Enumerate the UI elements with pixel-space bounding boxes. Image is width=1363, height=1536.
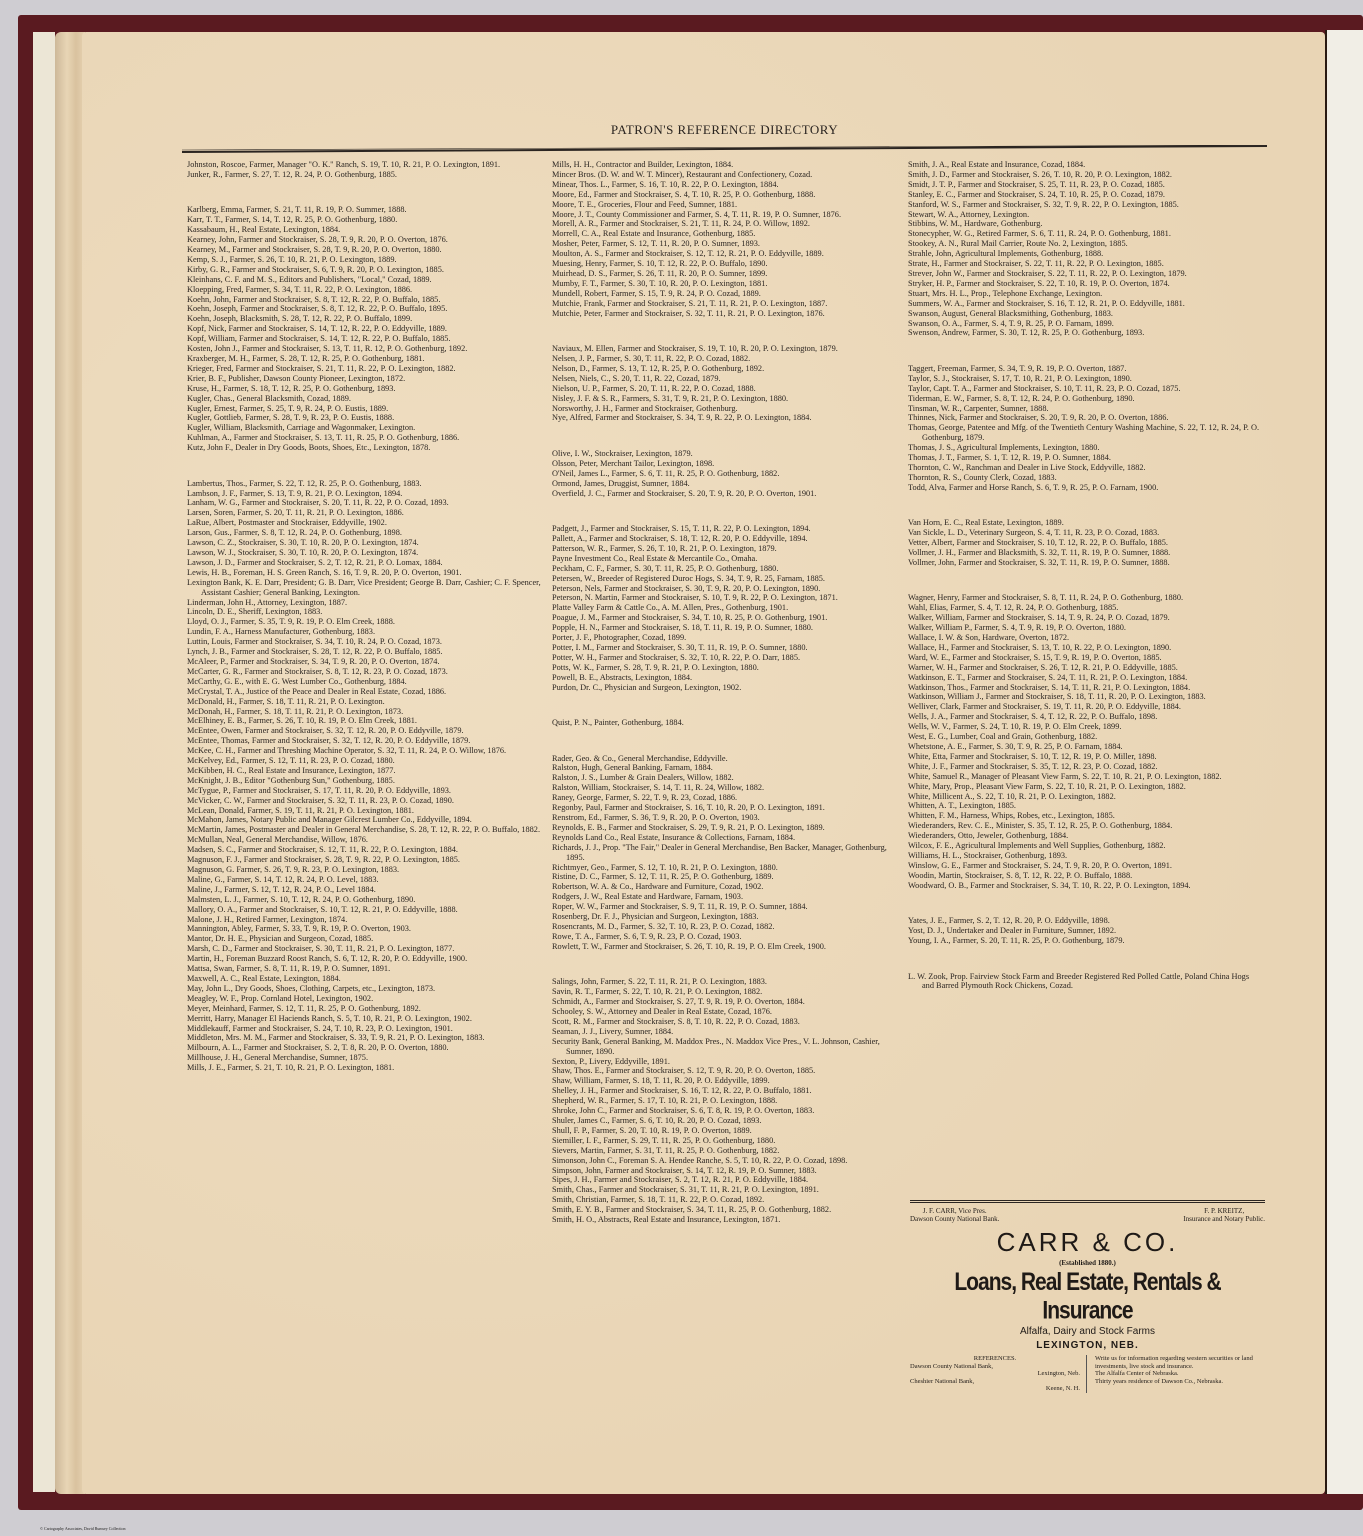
directory-entry: White, Millicent A., S. 22, T. 10, R. 21… (908, 792, 1263, 802)
directory-entry: Kearney, M., Farmer and Stockraiser, S. … (187, 245, 542, 255)
directory-entry: Lynch, J. B., Farmer and Stockraiser, S.… (187, 647, 542, 657)
references-heading: REFERENCES. (910, 1355, 1080, 1363)
directory-entry: Platte Valley Farm & Cattle Co., A. M. A… (552, 603, 907, 613)
directory-entry: Welliver, Clark, Farmer and Stockraiser,… (908, 702, 1263, 712)
directory-entry: Kugler, Ernest, Farmer, S. 25, T. 9, R. … (187, 404, 542, 414)
ad-references: REFERENCES. Dawson County National Bank,… (910, 1355, 1265, 1393)
directory-entry: McCarthy, G. E., with E. G. West Lumber … (187, 677, 542, 687)
directory-entry: Mannington, Abley, Farmer, S. 33, T. 9, … (187, 924, 542, 934)
directory-entry: Poague, J. M., Farmer and Stockraiser, S… (552, 613, 907, 623)
directory-entry: Stryker, H. P., Farmer and Stockraiser, … (908, 279, 1263, 289)
ad-farms: Alfalfa, Dairy and Stock Farms (910, 1326, 1265, 1337)
directory-entry: Maline, G., Farmer, S. 14, T. 12, R. 24,… (187, 875, 542, 885)
directory-entry: Overfield, J. C., Farmer and Stockraiser… (552, 489, 907, 499)
directory-entry: Olsson, Peter, Merchant Tailor, Lexingto… (552, 459, 907, 469)
directory-entry: Larsen, Soren, Farmer, S. 20, T. 11, R. … (187, 508, 542, 518)
directory-entry: Mutchie, Frank, Farmer and Stockraiser, … (552, 299, 907, 309)
directory-entry: Magnuson, G. Farmer, S. 26, T. 9, R. 23,… (187, 865, 542, 875)
directory-entry: Watkinson, E. T., Farmer and Stockraiser… (908, 673, 1263, 683)
directory-entry: Sexton, P., Livery, Eddyville, 1891. (552, 1057, 907, 1067)
directory-entry: Moore, Ed., Farmer and Stockraiser, S. 4… (552, 190, 907, 200)
directory-entry: Sipes, J. H., Farmer and Stockraiser, S.… (552, 1175, 907, 1185)
officer-left-name: J. F. CARR, Vice Pres. (910, 1207, 999, 1215)
directory-entry: Shuler, James C., Farmer, S. 6, T. 10, R… (552, 1116, 907, 1126)
letter-section-gap (552, 432, 907, 441)
directory-entry: Young, I. A., Farmer, S. 20, T. 11, R. 2… (908, 936, 1263, 946)
directory-entry: Porter, J. F., Photographer, Cozad, 1899… (552, 633, 907, 643)
directory-entry: Nisley, J. F. & S. R., Farmers, S. 31, T… (552, 394, 907, 404)
copyright-credit: © Cartography Associates, David Rumsey C… (40, 1526, 125, 1531)
directory-entry: Walker, William P., Farmer, S. 4, T. 9, … (908, 623, 1263, 633)
directory-entry: Moulton, A. S., Farmer and Stockraiser, … (552, 249, 907, 259)
directory-entry: Martin, H., Foreman Buzzard Roost Ranch,… (187, 954, 542, 964)
directory-entry: Schmidt, A., Farmer and Stockraiser, S. … (552, 997, 907, 1007)
directory-entry: Thomas, J. S., Agricultural Implements, … (908, 443, 1263, 453)
letter-section-gap (552, 327, 907, 336)
directory-entry: Rowe, T. A., Farmer, S. 6, T. 9, R. 23, … (552, 932, 907, 942)
directory-entry: Kutz, John F., Dealer in Dry Goods, Boot… (187, 443, 542, 453)
officer-left-title: Dawson County National Bank. (910, 1215, 999, 1223)
directory-entry: Swanson, August, General Blacksmithing, … (908, 309, 1263, 319)
directory-entry: West, E. G., Lumber, Coal and Grain, Got… (908, 732, 1263, 742)
directory-entry: Patterson, W. R., Farmer, S. 26, T. 10, … (552, 544, 907, 554)
directory-entry: Johnston, Roscoe, Farmer, Manager "O. K.… (187, 160, 542, 170)
directory-entry: Maline, J., Farmer, S. 12, T. 12, R. 24,… (187, 885, 542, 895)
directory-entry: Kraxberger, M. H., Farmer, S. 28, T. 12,… (187, 354, 542, 364)
directory-entry: Robertson, W. A. & Co., Hardware and Fur… (552, 882, 907, 892)
directory-entry: Morell, A. R., Farmer and Stockraiser, S… (552, 219, 907, 229)
directory-entry: Kugler, Gottlieb, Farmer, S. 28, T. 9, R… (187, 413, 542, 423)
directory-entry: Merritt, Harry, Manager El Haciends Ranc… (187, 1014, 542, 1024)
directory-entry: Tinsman, W. R., Carpenter, Sumner, 1888. (908, 404, 1263, 414)
directory-entry: Strahle, John, Agricultural Implements, … (908, 249, 1263, 259)
directory-entry: Lexington Bank, K. E. Darr, President; G… (187, 578, 542, 598)
directory-entry: Shepherd, W. R., Farmer, S. 17, T. 10, R… (552, 1096, 907, 1106)
directory-entry: Karr, T. T., Farmer, S. 14, T. 12, R. 25… (187, 215, 542, 225)
page-title: PATRON'S REFERENCE DIRECTORY (182, 122, 1267, 138)
directory-entry: Van Sickle, L. D., Veterinary Surgeon, S… (908, 528, 1263, 538)
directory-entry: McKelvey, Ed., Farmer, S. 12, T. 11, R. … (187, 756, 542, 766)
directory-entry: Krieger, Fred, Farmer and Stockraiser, S… (187, 364, 542, 374)
directory-entry: Powell, B. E., Abstracts, Lexington, 188… (552, 673, 907, 683)
directory-entry: Rodgers, J. W., Real Estate and Hardware… (552, 892, 907, 902)
directory-entry: Mundell, Robert, Farmer, S. 15, T. 9, R.… (552, 289, 907, 299)
directory-entry: Mutchie, Peter, Farmer and Stockraiser, … (552, 309, 907, 319)
ad-officers: J. F. CARR, Vice Pres. Dawson County Nat… (910, 1207, 1265, 1223)
directory-entry: Shull, F. P., Farmer, S. 20, T. 10, R. 1… (552, 1126, 907, 1136)
directory-column-1: Johnston, Roscoe, Farmer, Manager "O. K.… (187, 160, 542, 1073)
directory-entry: Stookey, A. N., Rural Mail Carrier, Rout… (908, 239, 1263, 249)
directory-entry: Mincer Bros. (D. W. and W. T. Mincer), R… (552, 170, 907, 180)
ad-references-list: REFERENCES. Dawson County National Bank,… (910, 1355, 1087, 1393)
reference-1-place: Lexington, Neb. (910, 1370, 1080, 1378)
directory-entry: Thinnes, Nick, Farmer and Stockraiser, S… (908, 413, 1263, 423)
directory-entry: White, J. F., Farmer and Stockraiser, S.… (908, 762, 1263, 772)
header-rule (182, 145, 1267, 153)
directory-entry: Whitten, A. T., Lexington, 1885. (908, 801, 1263, 811)
directory-entry: Kemp, S. J., Farmer, S. 26, T. 10, R. 21… (187, 255, 542, 265)
directory-entry: Vetter, Albert, Farmer and Stockraiser, … (908, 538, 1263, 548)
directory-entry: Yost, D. J., Undertaker and Dealer in Fu… (908, 926, 1263, 936)
directory-entry: Peckham, C. F., Farmer, S. 30, T. 11, R.… (552, 564, 907, 574)
directory-entry: Meyer, Meinhard, Farmer, S. 12, T. 11, R… (187, 1004, 542, 1014)
ad-divider (910, 1200, 1265, 1203)
directory-entry: Mallory, O. A., Farmer and Stockraiser, … (187, 905, 542, 915)
directory-entry: Stanford, W. S., Farmer and Stockraiser,… (908, 200, 1263, 210)
directory-entry: Taggert, Freeman, Farmer, S. 34, T. 9, R… (908, 364, 1263, 374)
directory-entry: Thomas, George, Patentee and Mfg. of the… (908, 423, 1263, 443)
directory-entry: Lundin, F. A., Harness Manufacturer, Got… (187, 627, 542, 637)
directory-entry: McElhiney, E. B., Farmer, S. 26, T. 10, … (187, 716, 542, 726)
directory-entry: Nelsen, Niels, C., S. 20, T. 11, R. 22, … (552, 374, 907, 384)
directory-entry: White, Etta, Farmer and Stockraiser, S. … (908, 752, 1263, 762)
directory-entry: Peterson, Nels, Farmer and Stockraiser, … (552, 584, 907, 594)
officer-left: J. F. CARR, Vice Pres. Dawson County Nat… (910, 1207, 999, 1223)
directory-entry: Wallace, I. W. & Son, Hardware, Overton,… (908, 633, 1263, 643)
directory-entry: Wahl, Elias, Farmer, S. 4, T. 12, R. 24,… (908, 603, 1263, 613)
directory-entry: McAleer, P., Farmer and Stockraiser, S. … (187, 657, 542, 667)
directory-entry: Stewart, W. A., Attorney, Lexington. (908, 210, 1263, 220)
directory-entry: Woodward, O. B., Farmer and Stockraiser,… (908, 881, 1263, 891)
directory-entry: O'Neil, James L., Farmer, S. 6, T. 11, R… (552, 469, 907, 479)
directory-entry: Milbourn, A. L., Farmer and Stockraiser,… (187, 1043, 542, 1053)
directory-entry: McKibben, H. C., Real Estate and Insuran… (187, 766, 542, 776)
directory-entry: McKee, C. H., Farmer and Threshing Machi… (187, 746, 542, 756)
ad-established: (Established 1880.) (910, 1259, 1265, 1267)
directory-column-3: Smith, J. A., Real Estate and Insurance,… (908, 160, 1263, 991)
directory-entry: May, John L., Dry Goods, Shoes, Clothing… (187, 984, 542, 994)
directory-entry: Ralston, Hugh, General Banking, Farnam, … (552, 763, 907, 773)
directory-entry: Potter, W. H., Farmer and Stockraiser, S… (552, 653, 907, 663)
directory-entry: Stonecypher, W. G., Retired Farmer, S. 6… (908, 229, 1263, 239)
directory-entry: Vollmer, John, Farmer and Stockraiser, S… (908, 558, 1263, 568)
directory-entry: Kugler, Chas., General Blacksmith, Cozad… (187, 394, 542, 404)
ad-note-2: The Alfalfa Center of Nebraska. (1095, 1370, 1265, 1378)
directory-entry: Simpson, John, Farmer and Stockraiser, S… (552, 1166, 907, 1176)
directory-entry: Van Horn, E. C., Real Estate, Lexington,… (908, 518, 1263, 528)
directory-entry: Padgett, J., Farmer and Stockraiser, S. … (552, 524, 907, 534)
directory-entry: Kugler, William, Blacksmith, Carriage an… (187, 423, 542, 433)
directory-entry: Shaw, William, Farmer, S. 18, T. 11, R. … (552, 1076, 907, 1086)
letter-section-gap (187, 461, 542, 470)
directory-entry: Yates, J. E., Farmer, S. 2, T. 12, R. 20… (908, 916, 1263, 926)
directory-entry: Nielson, U. P., Farmer, S. 20, T. 11, R.… (552, 384, 907, 394)
ad-notes: Write us for information regarding weste… (1087, 1355, 1265, 1393)
letter-section-gap (908, 954, 1263, 963)
directory-entry: Ralston, William, Stockraiser, S. 14, T.… (552, 783, 907, 793)
directory-entry: Malmsten, L. J., Farmer, S. 10, T. 12, R… (187, 895, 542, 905)
page-stack-edge (55, 32, 85, 1494)
carr-co-advertisement: J. F. CARR, Vice Pres. Dawson County Nat… (910, 1200, 1265, 1393)
directory-entry: Madsen, S. C., Farmer and Stockraiser, S… (187, 845, 542, 855)
directory-entry: Lambertus, Thos., Farmer, S. 22, T. 12, … (187, 479, 542, 489)
letter-section-gap (908, 899, 1263, 908)
directory-entry: Walker, William, Farmer and Stockraiser,… (908, 613, 1263, 623)
directory-entry: Mills, J. E., Farmer, S. 21, T. 10, R. 2… (187, 1063, 542, 1073)
directory-entry: McMahon, James, Notary Public and Manage… (187, 815, 542, 825)
directory-entry: Taylor, Capt. T. A., Farmer and Stockrai… (908, 384, 1263, 394)
directory-entry: Mills, H. H., Contractor and Builder, Le… (552, 160, 907, 170)
letter-section-gap (908, 576, 1263, 585)
directory-entry: Vollmer, J. H., Farmer and Blacksmith, S… (908, 548, 1263, 558)
officer-right: F. P. KREITZ, Insurance and Notary Publi… (1183, 1207, 1265, 1223)
directory-entry: Nye, Alfred, Farmer and Stockraiser, S. … (552, 413, 907, 423)
directory-entry: Koehn, Joseph, Farmer and Stockraiser, S… (187, 304, 542, 314)
directory-entry: Kearney, John, Farmer and Stockraiser, S… (187, 235, 542, 245)
directory-entry: Krier, B. F., Publisher, Dawson County P… (187, 374, 542, 384)
ad-note-3: Thirty years residence of Dawson Co., Ne… (1095, 1378, 1265, 1386)
directory-entry: Koehn, John, Farmer and Stockraiser, S. … (187, 295, 542, 305)
directory-entry: Regonby, Paul, Farmer and Stockraiser, S… (552, 803, 907, 813)
directory-entry: Richtmyer, Geo., Farmer, S. 12, T. 10, R… (552, 863, 907, 873)
directory-entry: McEntee, Owen, Farmer and Stockraiser, S… (187, 726, 542, 736)
directory-entry: Morrell, C. A., Real Estate and Insuranc… (552, 229, 907, 239)
letter-section-gap (187, 188, 542, 197)
directory-entry: Lawson, C. Z., Stockraiser, S. 30, T. 10… (187, 538, 542, 548)
directory-entry: Kosten, John J., Farmer and Stockraiser,… (187, 344, 542, 354)
directory-entry: Wagner, Henry, Farmer and Stockraiser, S… (908, 593, 1263, 603)
directory-entry: Kloepping, Fred, Farmer, S. 34, T. 11, R… (187, 285, 542, 295)
directory-entry: Siemiller, I. F., Farmer, S. 29, T. 11, … (552, 1136, 907, 1146)
directory-entry: Kopf, William, Farmer and Stockraiser, S… (187, 334, 542, 344)
directory-entry: Watkinson, William J., Farmer and Stockr… (908, 692, 1263, 702)
directory-entry: Kruse, H., Farmer, S. 18, T. 12, R. 25, … (187, 384, 542, 394)
directory-entry: Smith, Chas., Farmer and Stockraiser, S.… (552, 1185, 907, 1195)
directory-entry: Kirby, G. R., Farmer and Stockraiser, S.… (187, 265, 542, 275)
directory-entry: Stuart, Mrs. H. L., Prop., Telephone Exc… (908, 289, 1263, 299)
directory-entry: L. W. Zook, Prop. Fairview Stock Farm an… (908, 972, 1263, 992)
directory-entry: Lawson, W. J., Stockraiser, S. 30, T. 10… (187, 548, 542, 558)
directory-entry: Todd, Alva, Farmer and Horse Ranch, S. 6… (908, 483, 1263, 493)
directory-entry: Mattsa, Swan, Farmer, S. 8, T. 11, R. 19… (187, 964, 542, 974)
letter-section-gap (552, 736, 907, 745)
directory-entry: Whetstone, A. E., Farmer, S. 30, T. 9, R… (908, 742, 1263, 752)
directory-entry: Junker, R., Farmer, S. 27, T. 12, R. 24,… (187, 170, 542, 180)
directory-entry: Millhouse, J. H., General Merchandise, S… (187, 1053, 542, 1063)
directory-entry: Wiederanders, Otto, Jeweler, Gothenburg,… (908, 831, 1263, 841)
directory-entry: Muirhead, D. S., Farmer, S. 26, T. 11, R… (552, 269, 907, 279)
directory-entry: Kleinhans, C. F. and M. S., Editors and … (187, 275, 542, 285)
directory-entry: Raney, George, Farmer, S. 22, T. 9, R. 2… (552, 793, 907, 803)
directory-entry: Smith, H. O., Abstracts, Real Estate and… (552, 1215, 907, 1225)
directory-entry: Ristine, D. C., Farmer, S. 12, T. 11, R.… (552, 872, 907, 882)
directory-entry: Peterson, N. Martin, Farmer and Stockrai… (552, 593, 907, 603)
directory-entry: Middleton, Mrs. M. M., Farmer and Stockr… (187, 1033, 542, 1043)
directory-entry: Taylor, S. J., Stockraiser, S. 17, T. 10… (908, 374, 1263, 384)
directory-entry: Linderman, John H., Attorney, Lexington,… (187, 598, 542, 608)
directory-entry: McDonah, H., Farmer, S. 18, T. 11, R. 21… (187, 707, 542, 717)
directory-entry: Ralston, J. S., Lumber & Grain Dealers, … (552, 773, 907, 783)
directory-entry: Olive, I. W., Stockraiser, Lexington, 18… (552, 449, 907, 459)
facing-page-edge (1325, 30, 1363, 1494)
directory-entry: Shelley, J. H., Farmer and Stockraiser, … (552, 1086, 907, 1096)
officer-right-name: F. P. KREITZ, (1183, 1207, 1265, 1215)
directory-entry: Lloyd, O. J., Farmer, S. 35, T. 9, R. 19… (187, 617, 542, 627)
directory-entry: Thornton, C. W., Ranchman and Dealer in … (908, 463, 1263, 473)
directory-entry: McVicker, C. W., Farmer and Stockraiser,… (187, 796, 542, 806)
directory-entry: Smith, E. Y. B., Farmer and Stockraiser,… (552, 1205, 907, 1215)
directory-entry: Kassabaum, H., Real Estate, Lexington, 1… (187, 225, 542, 235)
directory-entry: Thornton, R. S., County Clerk, Cozad, 18… (908, 473, 1263, 483)
directory-entry: Payne Investment Co., Real Estate & Merc… (552, 554, 907, 564)
directory-entry: Lincoln, D. E., Sheriff, Lexington, 1883… (187, 607, 542, 617)
directory-entry: Rader, Geo. & Co., General Merchandise, … (552, 754, 907, 764)
directory-entry: Mantor, Dr. H. E., Physician and Surgeon… (187, 934, 542, 944)
letter-section-gap (552, 960, 907, 969)
directory-entry: Popple, H. N., Farmer and Stockraiser, S… (552, 623, 907, 633)
directory-entry: Renstrom, Ed., Farmer, S. 36, T. 9, R. 2… (552, 813, 907, 823)
directory-entry: McMullan, Neal, General Merchandise, Wil… (187, 835, 542, 845)
directory-entry: Summers, W. A., Farmer and Stockraiser, … (908, 299, 1263, 309)
directory-entry: Williams, H. L., Stockraiser, Gothenburg… (908, 851, 1263, 861)
reference-2-name: Cheshier National Bank, (910, 1378, 1080, 1386)
directory-entry: Reynolds, E. B., Farmer and Stockraiser,… (552, 823, 907, 833)
directory-entry: Swanson, O. A., Farmer, S. 4, T. 9, R. 2… (908, 319, 1263, 329)
reference-1-name: Dawson County National Bank, (910, 1363, 1080, 1371)
directory-entry: Norsworthy, J. H., Farmer and Stockraise… (552, 404, 907, 414)
letter-section-gap (552, 507, 907, 516)
directory-entry: Shaw, Thos. E., Farmer and Stockraiser, … (552, 1066, 907, 1076)
directory-entry: Mosher, Peter, Farmer, S. 12, T. 11, R. … (552, 239, 907, 249)
directory-entry: Lewis, H. B., Foreman, H. S. Green Ranch… (187, 568, 542, 578)
directory-entry: Smith, J. A., Real Estate and Insurance,… (908, 160, 1263, 170)
directory-entry: Naviaux, M. Ellen, Farmer and Stockraise… (552, 344, 907, 354)
directory-entry: Meagley, W. F., Prop. Cornland Hotel, Le… (187, 994, 542, 1004)
directory-entry: Stanley, E. C., Farmer and Stockraiser, … (908, 190, 1263, 200)
directory-entry: Smith, Christian, Farmer, S. 18, T. 11, … (552, 1195, 907, 1205)
directory-entry: Lanham, W. G., Farmer and Stockraiser, S… (187, 498, 542, 508)
directory-entry: Moore, J. T., County Commissioner and Fa… (552, 210, 907, 220)
directory-entry: White, Mary, Prop., Pleasant View Farm, … (908, 782, 1263, 792)
directory-entry: McDonald, H., Farmer, S. 18, T. 11, R. 2… (187, 697, 542, 707)
directory-entry: Smith, J. D., Farmer and Stockraiser, S.… (908, 170, 1263, 180)
directory-entry: Strate, H., Farmer and Stockraiser, S. 2… (908, 259, 1263, 269)
directory-entry: Savin, R. T., Farmer, S. 22, T. 10, R. 2… (552, 987, 907, 997)
directory-entry: Wells, J. A., Farmer and Stockraiser, S.… (908, 712, 1263, 722)
directory-entry: Swenson, Andrew, Farmer, S. 30, T. 12, R… (908, 328, 1263, 338)
directory-entry: Mumby, F. T., Farmer, S. 30, T. 10, R. 2… (552, 279, 907, 289)
directory-entry: Roper, W. W., Farmer and Stockraiser, S.… (552, 902, 907, 912)
directory-entry: Woodin, Martin, Stockraiser, S. 8, T. 12… (908, 871, 1263, 881)
directory-entry: Potter, I. M., Farmer and Stockraiser, S… (552, 643, 907, 653)
directory-entry: Wells, W. V., Farmer, S. 24, T. 10, R. 1… (908, 722, 1263, 732)
directory-entry: Lawson, J. D., Farmer and Stockraiser, S… (187, 558, 542, 568)
directory-entry: Ward, W. E., Farmer and Stockraiser, S. … (908, 653, 1263, 663)
directory-entry: Winslow, G. E., Farmer and Stockraiser, … (908, 861, 1263, 871)
directory-entry: LaRue, Albert, Postmaster and Stockraise… (187, 518, 542, 528)
directory-entry: Petersen, W., Breeder of Registered Duro… (552, 574, 907, 584)
directory-entry: Marsh, C. D., Farmer and Stockraiser, S.… (187, 944, 542, 954)
directory-entry: McMartin, James, Postmaster and Dealer i… (187, 825, 542, 835)
directory-entry: Rosenberg, Dr. F. J., Physician and Surg… (552, 912, 907, 922)
letter-section-gap (908, 347, 1263, 356)
directory-entry: McTygue, P., Farmer and Stockraiser, S. … (187, 786, 542, 796)
directory-entry: Larson, Gus., Farmer, S. 8, T. 12, R. 24… (187, 528, 542, 538)
directory-entry: McEntee, Thomas, Farmer and Stockraiser,… (187, 736, 542, 746)
directory-entry: Karlberg, Emma, Farmer, S. 21, T. 11, R.… (187, 205, 542, 215)
directory-entry: Maxwell, A. C., Real Estate, Lexington, … (187, 974, 542, 984)
directory-entry: Middlekauff, Farmer and Stockraiser, S. … (187, 1024, 542, 1034)
directory-entry: Simonson, John C., Foreman S. A. Hendee … (552, 1156, 907, 1166)
directory-entry: Luttin, Louis, Farmer and Stockraiser, S… (187, 637, 542, 647)
officer-right-title: Insurance and Notary Public. (1183, 1215, 1265, 1223)
directory-entry: McLean, Donald, Farmer, S. 19, T. 11, R.… (187, 806, 542, 816)
directory-entry: Nelsen, J. P., Farmer, S. 30, T. 11, R. … (552, 354, 907, 364)
directory-entry: Wallace, H., Farmer and Stockraiser, S. … (908, 643, 1263, 653)
directory-entry: Moore, T. E., Groceries, Flour and Feed,… (552, 200, 907, 210)
directory-entry: Ormond, James, Druggist, Sumner, 1884. (552, 479, 907, 489)
directory-entry: Rowlett, T. W., Farmer and Stockraiser, … (552, 942, 907, 952)
directory-column-2: Mills, H. H., Contractor and Builder, Le… (552, 160, 907, 1225)
directory-entry: Schooley, S. W., Attorney and Dealer in … (552, 1007, 907, 1017)
directory-entry: Pallett, A., Farmer and Stockraiser, S. … (552, 534, 907, 544)
directory-entry: McCrystal, T. A., Justice of the Peace a… (187, 687, 542, 697)
ad-city: LEXINGTON, NEB. (910, 1340, 1265, 1351)
directory-entry: Kuhlman, A., Farmer and Stockraiser, S. … (187, 433, 542, 443)
directory-entry: Scott, R. M., Farmer and Stockraiser, S.… (552, 1017, 907, 1027)
directory-entry: Quist, P. N., Painter, Gothenburg, 1884. (552, 718, 907, 728)
directory-entry: Whitten, F. M., Harness, Whips, Robes, e… (908, 811, 1263, 821)
directory-entry: Shroke, John C., Farmer and Stockraiser,… (552, 1106, 907, 1116)
directory-entry: Lambson, J. F., Farmer, S. 13, T. 9, R. … (187, 489, 542, 499)
directory-entry: Kopf, Nick, Farmer and Stockraiser, S. 1… (187, 324, 542, 334)
directory-entry: McKnight, J. B., Editor "Gothenburg Sun,… (187, 776, 542, 786)
endpaper (33, 32, 55, 1492)
directory-entry: Muesing, Henry, Farmer, S. 10, T. 12, R.… (552, 259, 907, 269)
directory-entry: Sievers, Martin, Farmer, S. 31, T. 11, R… (552, 1146, 907, 1156)
directory-entry: Reynolds Land Co., Real Estate, Insuranc… (552, 833, 907, 843)
directory-entry: Wilcox, F. E., Agricultural Implements a… (908, 841, 1263, 851)
directory-entry: Tiderman, E. W., Farmer, S. 8, T. 12, R.… (908, 394, 1263, 404)
directory-entry: Warner, W. H., Farmer and Stockraiser, S… (908, 663, 1263, 673)
directory-entry: Watkinson, Thos., Farmer and Stockraiser… (908, 683, 1263, 693)
ad-note-1: Write us for information regarding weste… (1095, 1355, 1265, 1370)
directory-entry: Potts, W. K., Farmer, S. 28, T. 9, R. 21… (552, 663, 907, 673)
directory-entry: Nelson, D., Farmer, S. 13, T. 12, R. 25,… (552, 364, 907, 374)
letter-section-gap (552, 701, 907, 710)
directory-entry: Koehn, Joseph, Blacksmith, S. 28, T. 12,… (187, 314, 542, 324)
directory-entry: Malone, J. H., Retired Farmer, Lexington… (187, 915, 542, 925)
directory-entry: McCarter, G. R., Farmer and Stockraiser,… (187, 667, 542, 677)
directory-entry: Salings, John, Farmer, S. 22, T. 11, R. … (552, 977, 907, 987)
ad-services: Loans, Real Estate, Rentals & Insurance (910, 1268, 1265, 1326)
directory-entry: Wiederanders, Rev. C. E., Minister, S. 3… (908, 821, 1263, 831)
directory-entry: Strever, John W., Farmer and Stockraiser… (908, 269, 1263, 279)
directory-entry: Purdon, Dr. C., Physician and Surgeon, L… (552, 683, 907, 693)
directory-entry: Smidt, J. T. P., Farmer and Stockraiser,… (908, 180, 1263, 190)
letter-section-gap (908, 501, 1263, 510)
directory-entry: Security Bank, General Banking, M. Maddo… (552, 1037, 907, 1057)
directory-entry: Stibbins, W. M., Hardware, Gothenburg. (908, 219, 1263, 229)
directory-entry: Seaman, J. J., Livery, Sumner, 1884. (552, 1027, 907, 1037)
directory-entry: White, Samuel R., Manager of Pleasant Vi… (908, 772, 1263, 782)
directory-entry: Rosencrants, M. D., Farmer, S. 32, T. 10… (552, 922, 907, 932)
ad-company-name: CARR & CO. (910, 1227, 1265, 1258)
directory-entry: Richards, J. J., Prop. "The Fair," Deale… (552, 843, 907, 863)
reference-2-place: Keene, N. H. (910, 1385, 1080, 1393)
directory-entry: Thomas, J. T., Farmer, S. 1, T. 12, R. 1… (908, 453, 1263, 463)
directory-entry: Magnuson, F. J., Farmer and Stockraiser,… (187, 855, 542, 865)
directory-entry: Minear, Thos. L., Farmer, S. 16, T. 10, … (552, 180, 907, 190)
